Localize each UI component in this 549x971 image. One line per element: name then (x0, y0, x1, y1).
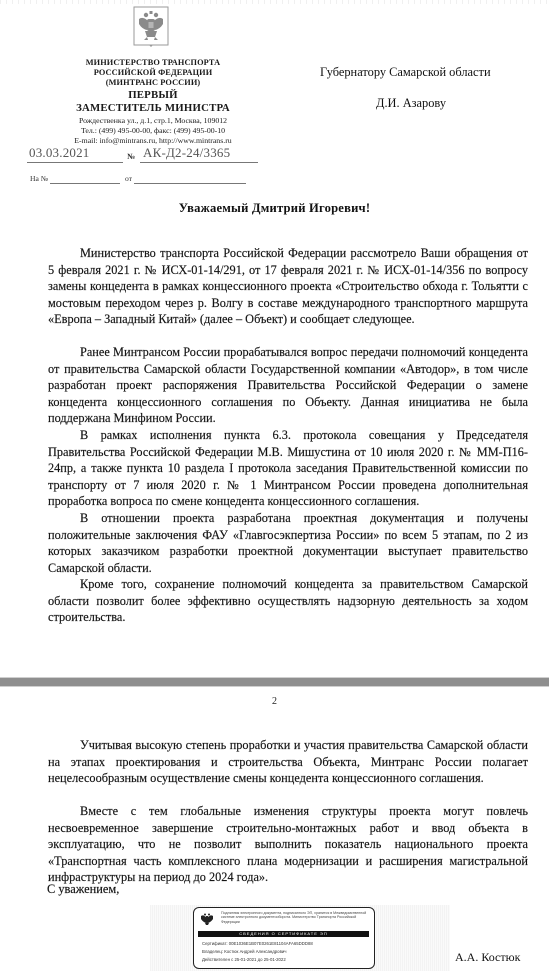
certificate-validity: Действителен с 25-01-2021 до 25-01-2022 (202, 957, 286, 962)
body-paragraph: Министерство транспорта Российской Федер… (48, 245, 528, 328)
org-name-line-2: РОССИЙСКОЙ ФЕДЕРАЦИИ (40, 68, 266, 78)
body-paragraph: Ранее Минтрансом России прорабатывался в… (48, 344, 528, 427)
stamp-caption: Подлинник электронного документа, подпис… (221, 911, 369, 924)
addressee-name: Д.И. Азарову (376, 96, 446, 111)
org-name-line-3: (МИНТРАНС РОССИИ) (40, 78, 266, 88)
reference-date-field (134, 183, 246, 184)
number-underline (140, 162, 258, 163)
org-phone: Тел.: (499) 495-00-00, факс: (499) 495-0… (40, 126, 266, 136)
org-name-line-1: МИНИСТЕРСТВО ТРАНСПОРТА (40, 58, 266, 68)
coat-of-arms-icon (133, 6, 169, 48)
reference-number-field (50, 183, 120, 184)
registration-number-label: № (127, 152, 135, 161)
certificate-number: Сертификат: 00E1036E1B07E0261E81104AFA65… (202, 941, 313, 946)
registration-number: АК-Д2-24/3365 (143, 145, 230, 161)
body-paragraph: В отношении проекта разработана проектна… (48, 510, 528, 576)
position-line-1: ПЕРВЫЙ (40, 89, 266, 102)
position-line-2: ЗАМЕСТИТЕЛЬ МИНИСТРА (40, 102, 266, 115)
body-paragraph: Вместе с тем глобальные изменения структ… (48, 803, 528, 886)
body-paragraph: Учитывая высокую степень проработки и уч… (48, 737, 528, 787)
certificate-owner: Владелец: Костюк Андрей Александрович (202, 949, 287, 954)
registration-date: 03.03.2021 (29, 145, 90, 161)
page-divider (0, 677, 549, 687)
electronic-signature-stamp: Подлинник электронного документа, подпис… (193, 907, 375, 969)
stamp-title-bar: СВЕДЕНИЯ О СЕРТИФИКАТЕ ЭП (198, 931, 369, 937)
eagle-emblem-icon (200, 912, 214, 926)
body-paragraph: В рамках исполнения пункта 6.3. протокол… (48, 427, 528, 510)
addressee-title: Губернатору Самарской области (320, 65, 491, 80)
scan-artifact (0, 0, 549, 4)
reference-date-label: от (125, 174, 132, 183)
signer-name: А.А. Костюк (455, 950, 520, 965)
body-paragraph: Кроме того, сохранение полномочий концед… (48, 576, 528, 626)
page-number: 2 (0, 696, 549, 707)
date-underline (27, 162, 123, 163)
closing: С уважением, (47, 882, 119, 897)
salutation: Уважаемый Дмитрий Игоревич! (0, 201, 549, 216)
reference-number-label: На № (30, 174, 48, 183)
org-address: Рождественка ул., д.1, стр.1, Москва, 10… (40, 116, 266, 126)
